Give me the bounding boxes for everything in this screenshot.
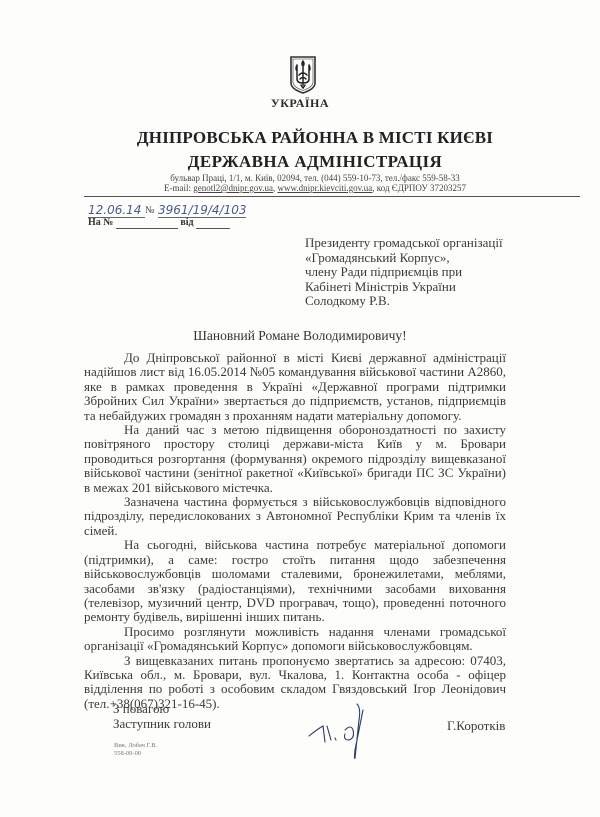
email-label: E-mail: — [164, 183, 193, 193]
organization-name-line2: ДЕРЖАВНА АДМІНІСТРАЦІЯ — [0, 152, 600, 172]
country-name: УКРАЇНА — [0, 96, 600, 111]
recipient-line: Солодкому Р.В. — [305, 294, 503, 309]
closing-regards: З повагою — [113, 701, 211, 716]
body-paragraph: До Дніпровської районної в місті Києві д… — [84, 351, 506, 423]
salutation: Шановний Романе Володимировичу! — [0, 328, 600, 344]
signer-name: Г.Коротків — [447, 718, 505, 734]
organization-name-line1: ДНІПРОВСЬКА РАЙОННА В МІСТІ КИЄВІ — [0, 128, 600, 148]
letter-body: До Дніпровської районної в місті Києві д… — [84, 351, 506, 711]
reply-date-blank — [196, 217, 230, 229]
website-link[interactable]: www.dnipr.kievciti.gov.ua — [277, 183, 372, 193]
email-link[interactable]: genotl2@dnipr.gov.ua — [193, 183, 273, 193]
reply-to-label: На № — [88, 217, 113, 228]
closing-block: З повагою Заступник голови — [113, 701, 211, 731]
registration-number-value: 3961/19/4/103 — [158, 203, 246, 218]
edrpou-code: , код ЄДРПОУ 37203257 — [372, 183, 466, 193]
registration-number: 3961/19/4/103 — [158, 203, 246, 217]
body-paragraph: Просимо розглянути можливість надання чл… — [84, 625, 506, 654]
number-sign: № — [145, 205, 155, 216]
executor-info: Вик. Лобач Г.В. 558-09-00 — [114, 742, 157, 758]
registration-date: 12.06.14 — [88, 203, 145, 218]
handwritten-signature-icon — [305, 700, 385, 760]
executor-phone: 558-09-00 — [114, 750, 157, 758]
from-label: від — [180, 217, 193, 228]
header-divider — [84, 196, 580, 197]
recipient-block: Президенту громадської організації «Гром… — [305, 236, 503, 309]
recipient-line: Президенту громадської організації — [305, 236, 503, 251]
organization-address: бульвар Праці, 1/1, м. Київ, 02094, тел.… — [0, 173, 600, 183]
body-paragraph: Зазначена частина формується з військово… — [84, 495, 506, 538]
tryzub-coat-of-arms-icon — [289, 55, 317, 95]
reply-reference-line: На № від — [88, 217, 230, 229]
organization-contacts: E-mail: genotl2@dnipr.gov.ua, www.dnipr.… — [0, 183, 600, 193]
executor-name: Вик. Лобач Г.В. — [114, 742, 157, 750]
body-paragraph: На сьогодні, військова частина потребує … — [84, 538, 506, 624]
signer-title: Заступник голови — [113, 716, 211, 731]
recipient-line: Кабінеті Міністрів України — [305, 280, 503, 295]
body-paragraph: На даний час з метою підвищення обороноз… — [84, 423, 506, 495]
recipient-line: «Громадянський Корпус», — [305, 251, 503, 266]
reply-number-blank — [116, 217, 178, 229]
recipient-line: члену Ради підприємців при — [305, 265, 503, 280]
